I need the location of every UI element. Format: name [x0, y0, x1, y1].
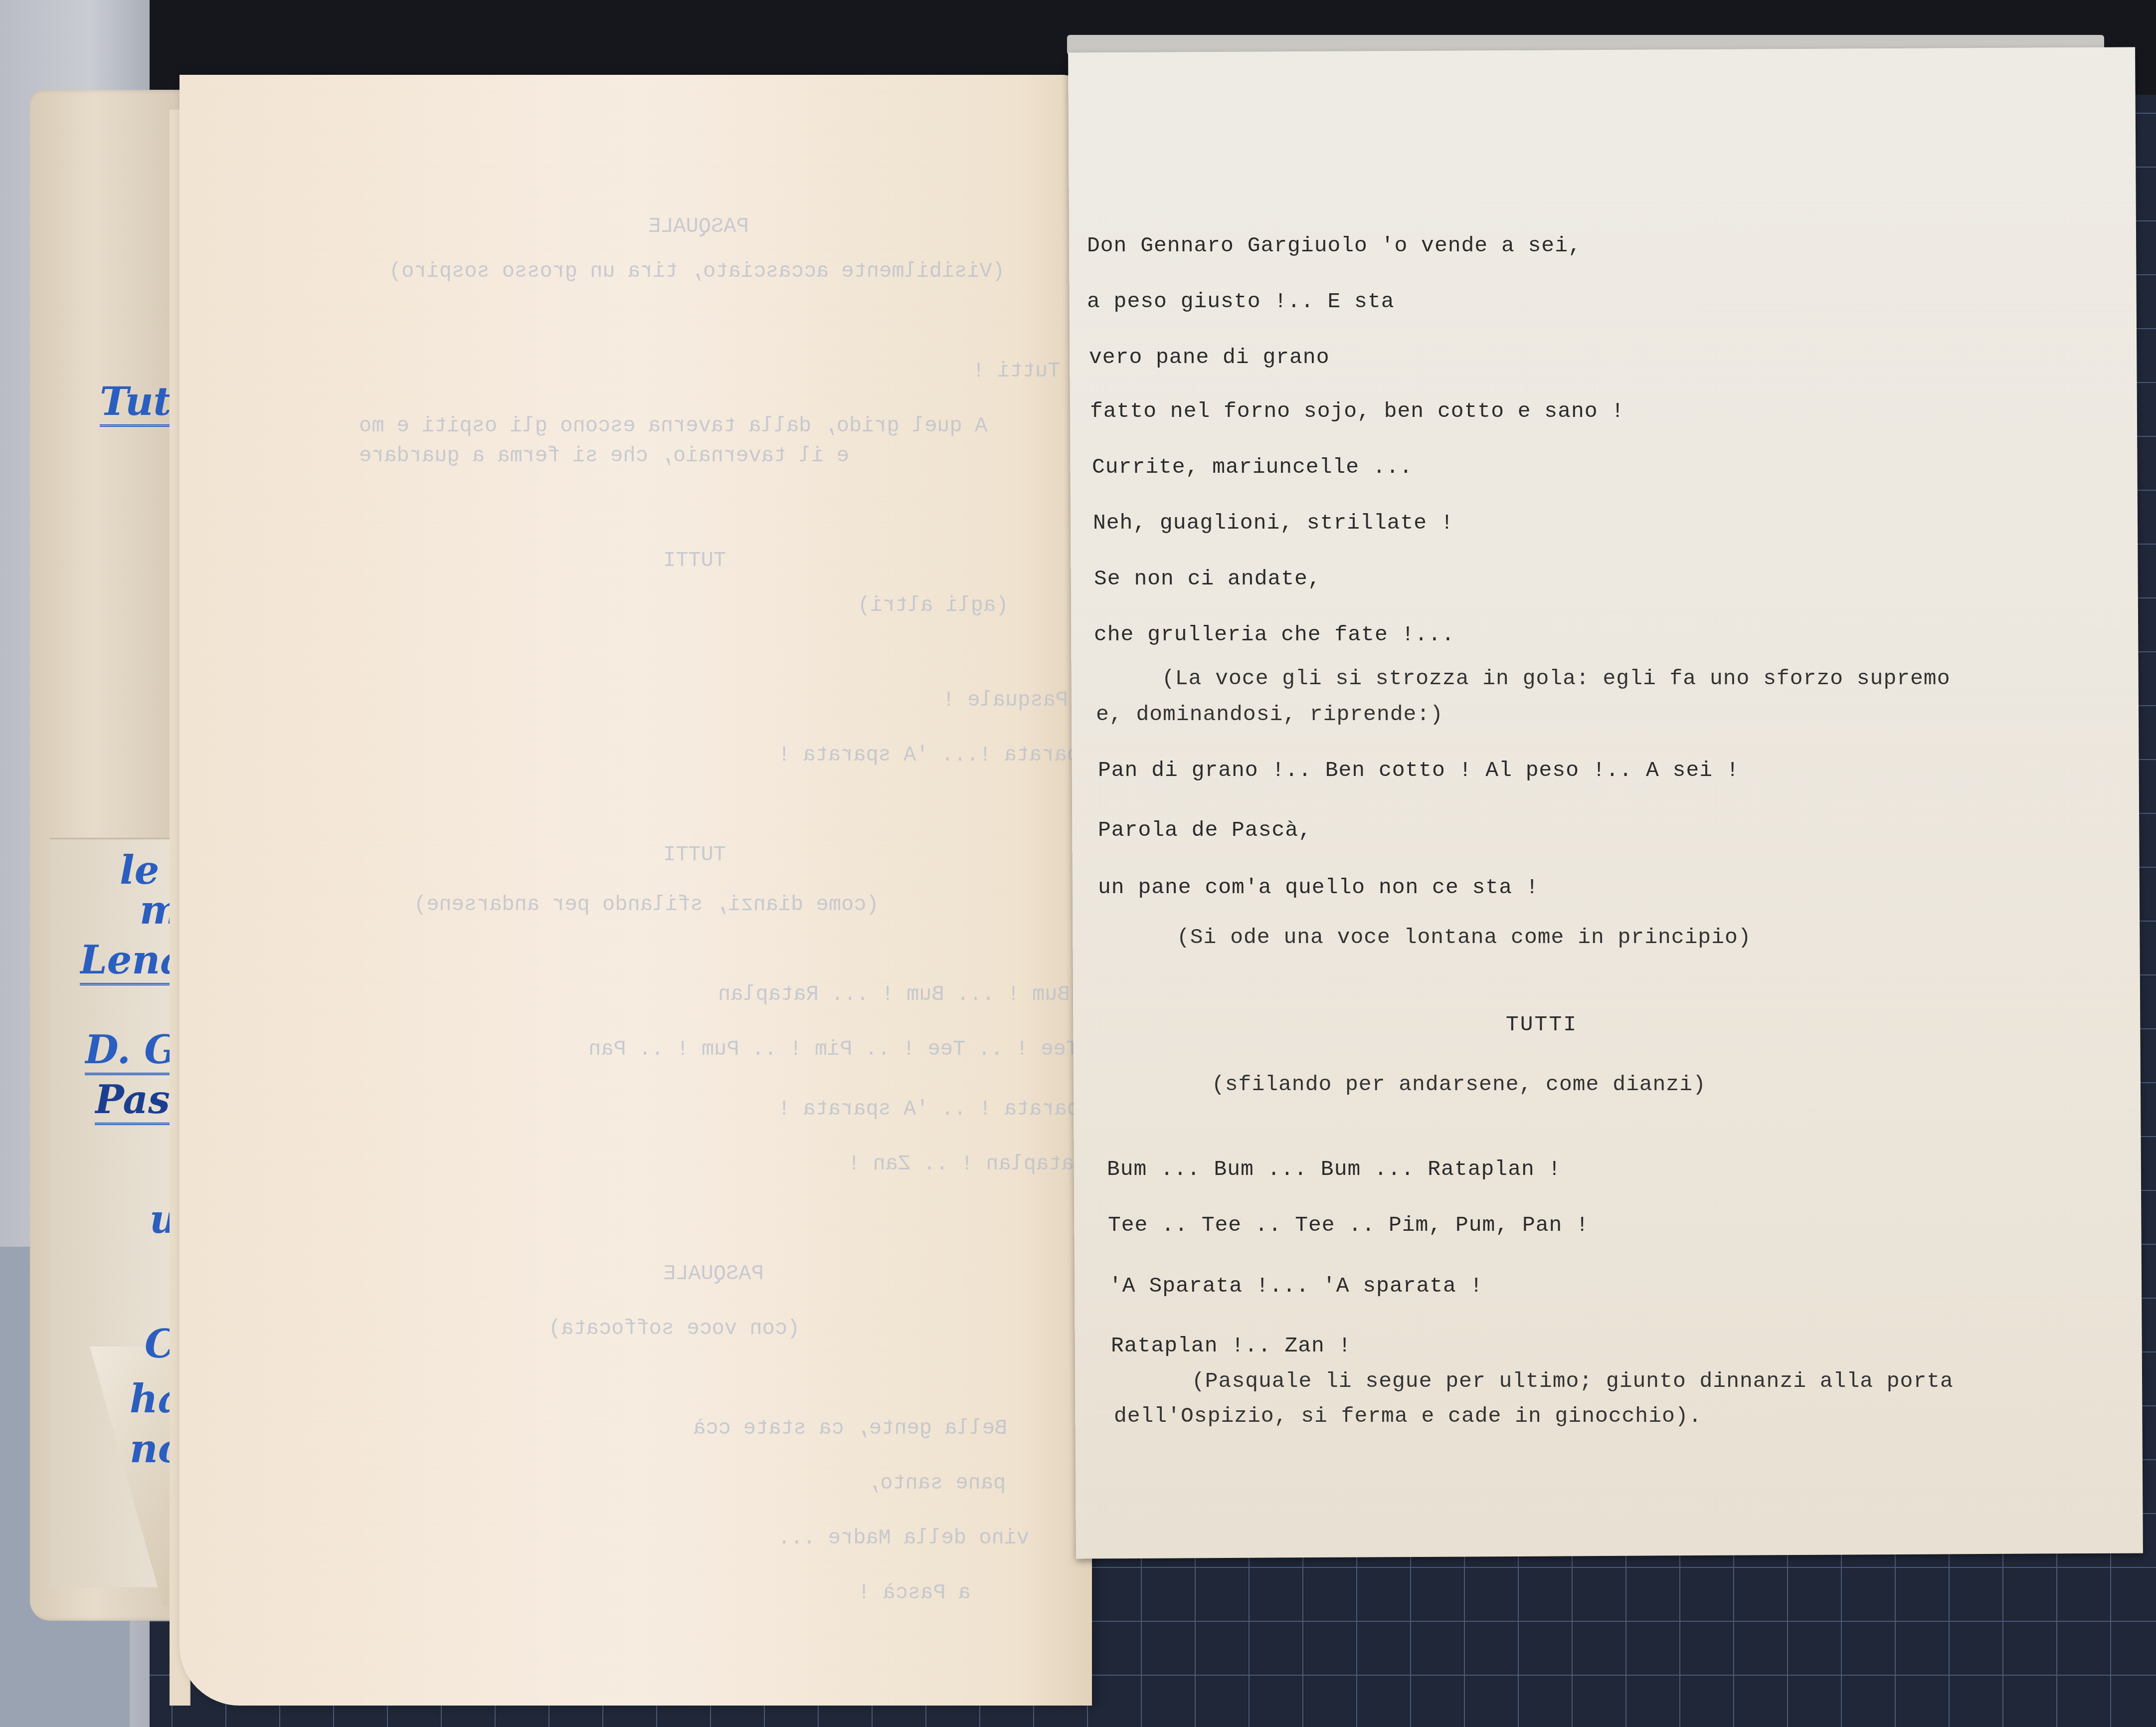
verse-line: Bum ... Bum ... Bum ... Rataplan ! [1107, 1157, 1561, 1181]
bleed-through-text: Pasquale ! [942, 688, 1068, 712]
verse-line: 'A Sparata !... 'A sparata ! [1109, 1274, 1483, 1298]
verse-line: un pane com'a quello non ce sta ! [1098, 875, 1539, 900]
verse-line: Neh, guaglioni, strillate ! [1093, 511, 1454, 535]
handwritten-note: le [120, 848, 175, 893]
verse-line: Parola de Pascà, [1098, 818, 1312, 842]
verse-line: Pan di grano !.. Ben cotto ! Al peso !..… [1098, 758, 1740, 782]
bleed-through-text: ... Bum ! ... Bum ! ... Rataplan [718, 982, 1120, 1006]
verse-line: Tee .. Tee .. Tee .. Pim, Pum, Pan ! [1108, 1213, 1589, 1237]
bleed-through-text: PASQUALE [663, 1262, 764, 1286]
bleed-through-text: TUTTI [663, 843, 726, 867]
speaker-name: TUTTI [1506, 1012, 1578, 1037]
right-page [1068, 47, 2143, 1558]
bleed-through-text: TUTTI [663, 549, 726, 573]
bleed-through-text: Tutti ! [972, 359, 1060, 383]
verse-line: fatto nel forno sojo, ben cotto e sano ! [1090, 399, 1624, 423]
bleed-through-text: vino della Madre ... [778, 1526, 1029, 1550]
handwritten-note: Tutti [100, 379, 175, 427]
stage-direction: (sfilando per andarsene, come dianzi) [1212, 1072, 1706, 1097]
bleed-through-text: Sparata ! .. 'A sparata ! [778, 1097, 1092, 1121]
stage-direction: dell'Ospizio, si ferma e cade in ginocch… [1114, 1404, 1702, 1428]
verse-line: Currite, mariuncelle ... [1092, 455, 1413, 479]
bleed-through-text: (Visibilmente accasciato, tira un grosso… [389, 259, 1005, 283]
bleed-through-text: PASQUALE [648, 214, 749, 238]
bleed-through-text: (con voce soffocata) [548, 1317, 800, 1341]
handwritten-note: D. Gen [85, 1027, 175, 1075]
stage-direction: e, dominandosi, riprende:) [1096, 702, 1443, 727]
bleed-through-text: Rataplan ! .. Zan ! [848, 1152, 1086, 1176]
verse-line: Rataplan !.. Zan ! [1111, 1334, 1351, 1358]
verse-line: Don Gennaro Gargiuolo 'o vende a sei, [1087, 233, 1582, 258]
bleed-through-text: (agli altri) [858, 593, 1008, 617]
bleed-through-text: pane santo, [868, 1471, 1006, 1495]
bleed-through-text: (come dianzi, sfilando per andarsene) [414, 893, 879, 917]
verse-line: vero pane di grano [1089, 345, 1329, 370]
stage-direction: (Si ode una voce lontana come in princip… [1177, 925, 1752, 950]
handwritten-note: Lena [80, 938, 175, 985]
handwritten-note: Pas [95, 1077, 175, 1125]
left-page [180, 75, 1092, 1706]
bleed-through-text: ... Tee ! .. Tee ! .. Pim ! .. Pum ! .. … [588, 1037, 1129, 1061]
stage-direction: (La voce gli si strozza in gola: egli fa… [1162, 666, 1950, 691]
bleed-through-text: a Pascà ! [858, 1581, 971, 1605]
verse-line: Se non ci andate, [1094, 567, 1321, 591]
bleed-through-text: e il tavernaio, che si ferma a guardare [359, 444, 849, 468]
stage-direction: (Pasquale li segue per ultimo; giunto di… [1192, 1369, 1954, 1393]
verse-line: a peso giusto !.. E sta [1087, 289, 1395, 314]
verse-line: che grulleria che fate !... [1094, 622, 1455, 647]
bleed-through-text: Bella gente, ca state ccà [693, 1416, 1007, 1440]
bleed-through-text: A quel grido, dalla taverna escono gli o… [359, 414, 987, 438]
